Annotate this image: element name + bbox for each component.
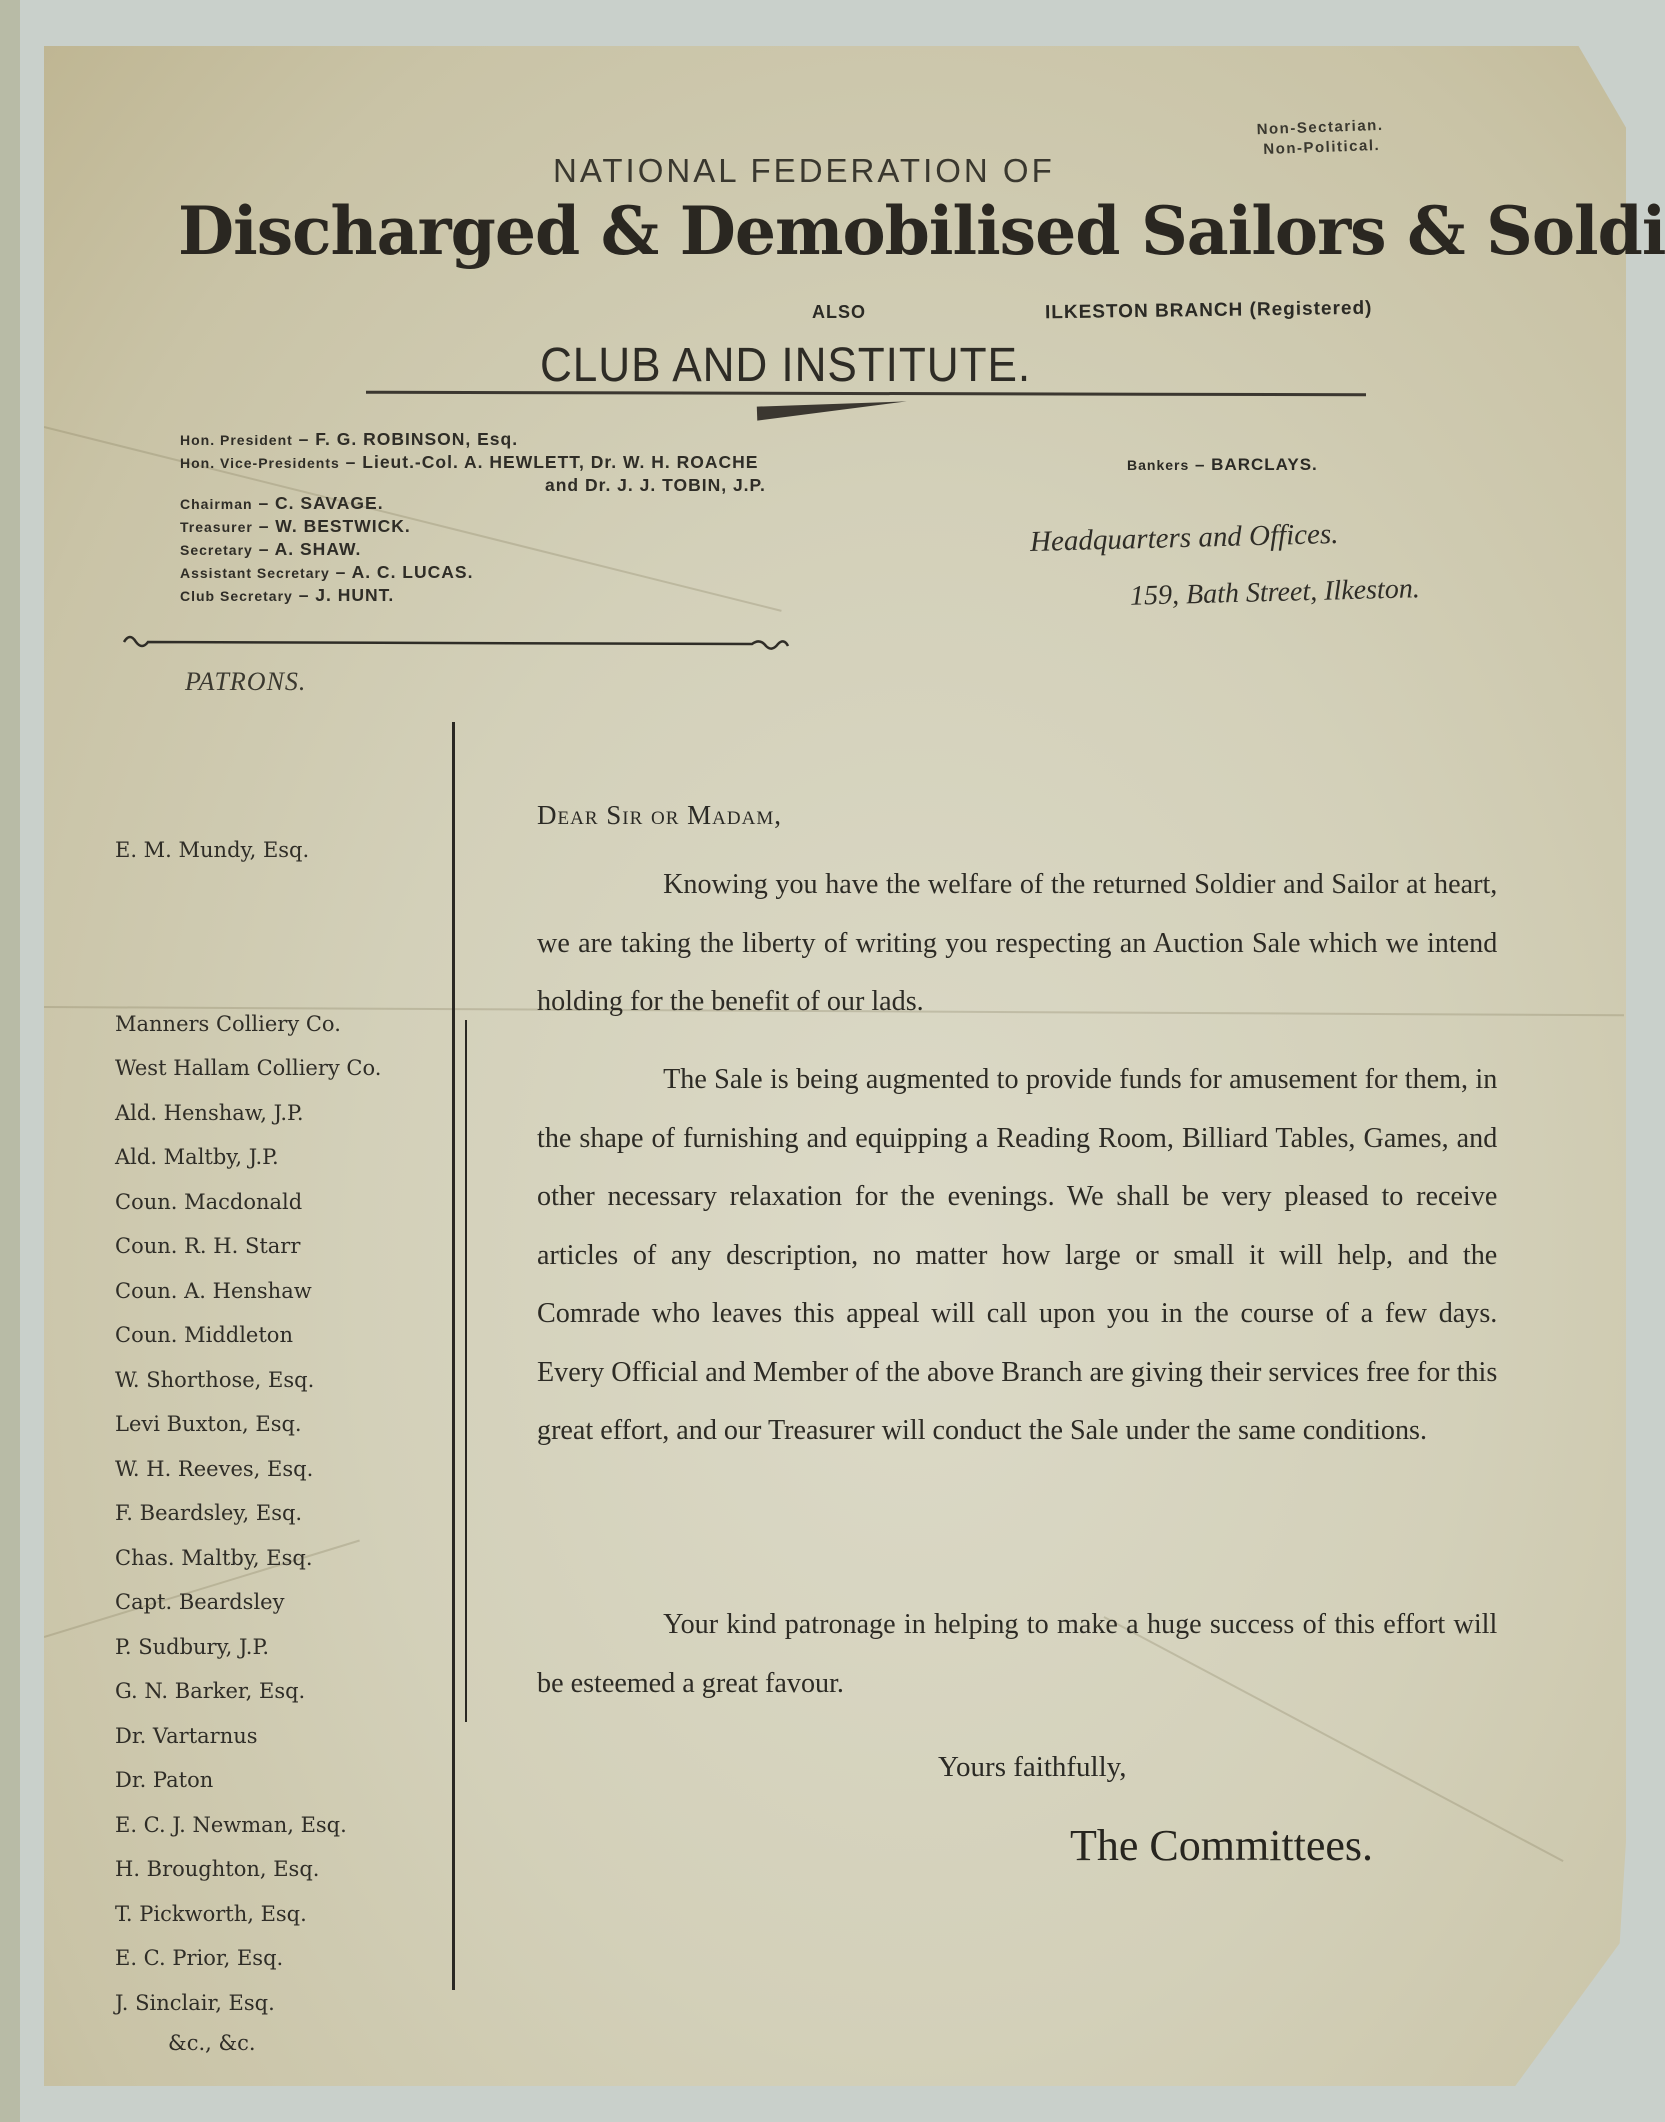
letter-salutation: Dear Sir or Madam, [537,800,782,831]
patron-item: West Hallam Colliery Co. [115,1056,381,1080]
bankers-line: Bankers – BARCLAYS. [1127,455,1318,475]
also-label: ALSO [812,302,866,323]
officer-row: Hon. Vice-Presidents – Lieut.-Col. A. HE… [180,451,766,474]
patron-item: E. C. J. Newman, Esq. [115,1813,347,1837]
officer-row: Assistant Secretary – A. C. LUCAS. [180,561,766,584]
officer-row: Hon. President – F. G. ROBINSON, Esq. [180,428,766,451]
patron-item: Ald. Henshaw, J.P. [115,1101,304,1125]
branch-label: ILKESTON BRANCH (Registered) [1045,298,1373,325]
organisation-title: Discharged & Demobilised Sailors & Soldi… [178,192,1665,270]
patron-item: Dr. Paton [115,1768,213,1792]
patron-item: Capt. Beardsley [115,1590,284,1614]
patron-item: W. Shorthose, Esq. [115,1368,314,1392]
patron-item: Chas. Maltby, Esq. [115,1546,313,1570]
letter-closing: Yours faithfully, [938,1751,1127,1784]
letter-paragraph: Your kind patronage in helping to make a… [537,1595,1497,1712]
officer-row: Secretary – A. SHAW. [180,538,766,561]
letter-signature: The Committees. [1070,1820,1373,1871]
patron-item: F. Beardsley, Esq. [115,1501,302,1525]
patron-item: Coun. Macdonald [115,1190,302,1214]
patrons-heading: PATRONS. [185,667,306,697]
patron-item: Ald. Maltby, J.P. [115,1145,279,1169]
patron-item: E. C. Prior, Esq. [115,1946,283,1970]
officer-row: Club Secretary – J. HUNT. [180,584,766,607]
federation-heading: NATIONAL FEDERATION OF [553,152,1055,190]
patron-item: W. H. Reeves, Esq. [115,1457,313,1481]
wavy-divider-icon [122,632,792,650]
letter-paragraph: Knowing you have the welfare of the retu… [537,855,1497,1031]
club-heading: CLUB AND INSTITUTE. [540,338,1031,393]
column-divider [452,722,455,1990]
patron-item: Levi Buxton, Esq. [115,1412,302,1436]
patron-item: Coun. R. H. Starr [115,1234,300,1258]
patron-item: P. Sudbury, J.P. [115,1635,269,1659]
patron-item: Coun. Middleton [115,1323,293,1347]
column-divider-inner [465,1020,467,1722]
patron-item: J. Sinclair, Esq. [115,1991,275,2015]
patron-item: Manners Colliery Co. [115,1012,341,1036]
patron-item: Coun. A. Henshaw [115,1279,312,1303]
patron-item: T. Pickworth, Esq. [115,1902,307,1926]
background-strip [0,0,20,2122]
officers-list: Hon. President – F. G. ROBINSON, Esq. Ho… [180,428,766,607]
officer-row: Treasurer – W. BESTWICK. [180,515,766,538]
patron-item: Dr. Vartarnus [115,1724,258,1748]
patron-item: G. N. Barker, Esq. [115,1679,305,1703]
patron-item: &c., &c. [168,2031,256,2055]
non-sectarian-note: Non-Sectarian. Non-Political. [1256,116,1384,160]
patron-item: E. M. Mundy, Esq. [115,838,309,862]
letter-paragraph: The Sale is being augmented to provide f… [537,1050,1497,1460]
patron-item: H. Broughton, Esq. [115,1857,319,1881]
